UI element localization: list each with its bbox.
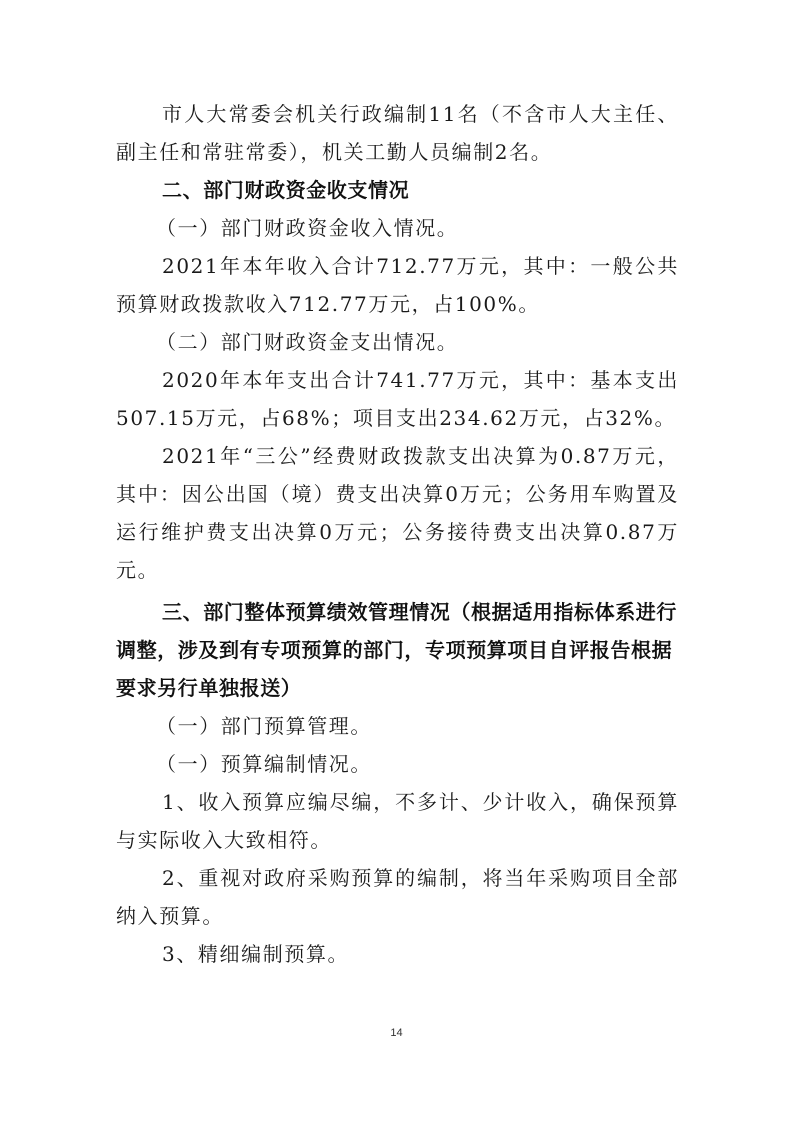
document-page: 市人大常委会机关行政编制11名（不含市人大主任、副主任和常驻常委），机关工勤人员…	[0, 0, 793, 1122]
section-heading-3: 三、部门整体预算绩效管理情况（根据适用指标体系进行调整，涉及到有专项预算的部门，…	[116, 593, 679, 707]
expenditure-paragraph: 2020年本年支出合计741.77万元，其中：基本支出507.15万元，占68%…	[116, 361, 679, 437]
page-number: 14	[0, 1027, 793, 1039]
subheading-budget-management: （一）部门预算管理。	[116, 707, 679, 745]
item-3-paragraph: 3、精细编制预算。	[116, 935, 679, 973]
staffing-paragraph: 市人大常委会机关行政编制11名（不含市人大主任、副主任和常驻常委），机关工勤人员…	[116, 95, 679, 171]
income-paragraph: 2021年本年收入合计712.77万元，其中：一般公共预算财政拨款收入712.7…	[116, 247, 679, 323]
section-heading-2: 二、部门财政资金收支情况	[116, 171, 679, 209]
item-2-paragraph: 2、重视对政府采购预算的编制，将当年采购项目全部纳入预算。	[116, 859, 679, 935]
subheading-expenditure: （二）部门财政资金支出情况。	[116, 323, 679, 361]
subheading-income: （一）部门财政资金收入情况。	[116, 209, 679, 247]
page-content: 市人大常委会机关行政编制11名（不含市人大主任、副主任和常驻常委），机关工勤人员…	[116, 95, 679, 973]
item-1-paragraph: 1、收入预算应编尽编，不多计、少计收入，确保预算与实际收入大致相符。	[116, 783, 679, 859]
subheading-budget-preparation: （一）预算编制情况。	[116, 745, 679, 783]
three-public-expenses-paragraph: 2021年“三公”经费财政拨款支出决算为0.87万元，其中：因公出国（境）费支出…	[116, 437, 679, 589]
